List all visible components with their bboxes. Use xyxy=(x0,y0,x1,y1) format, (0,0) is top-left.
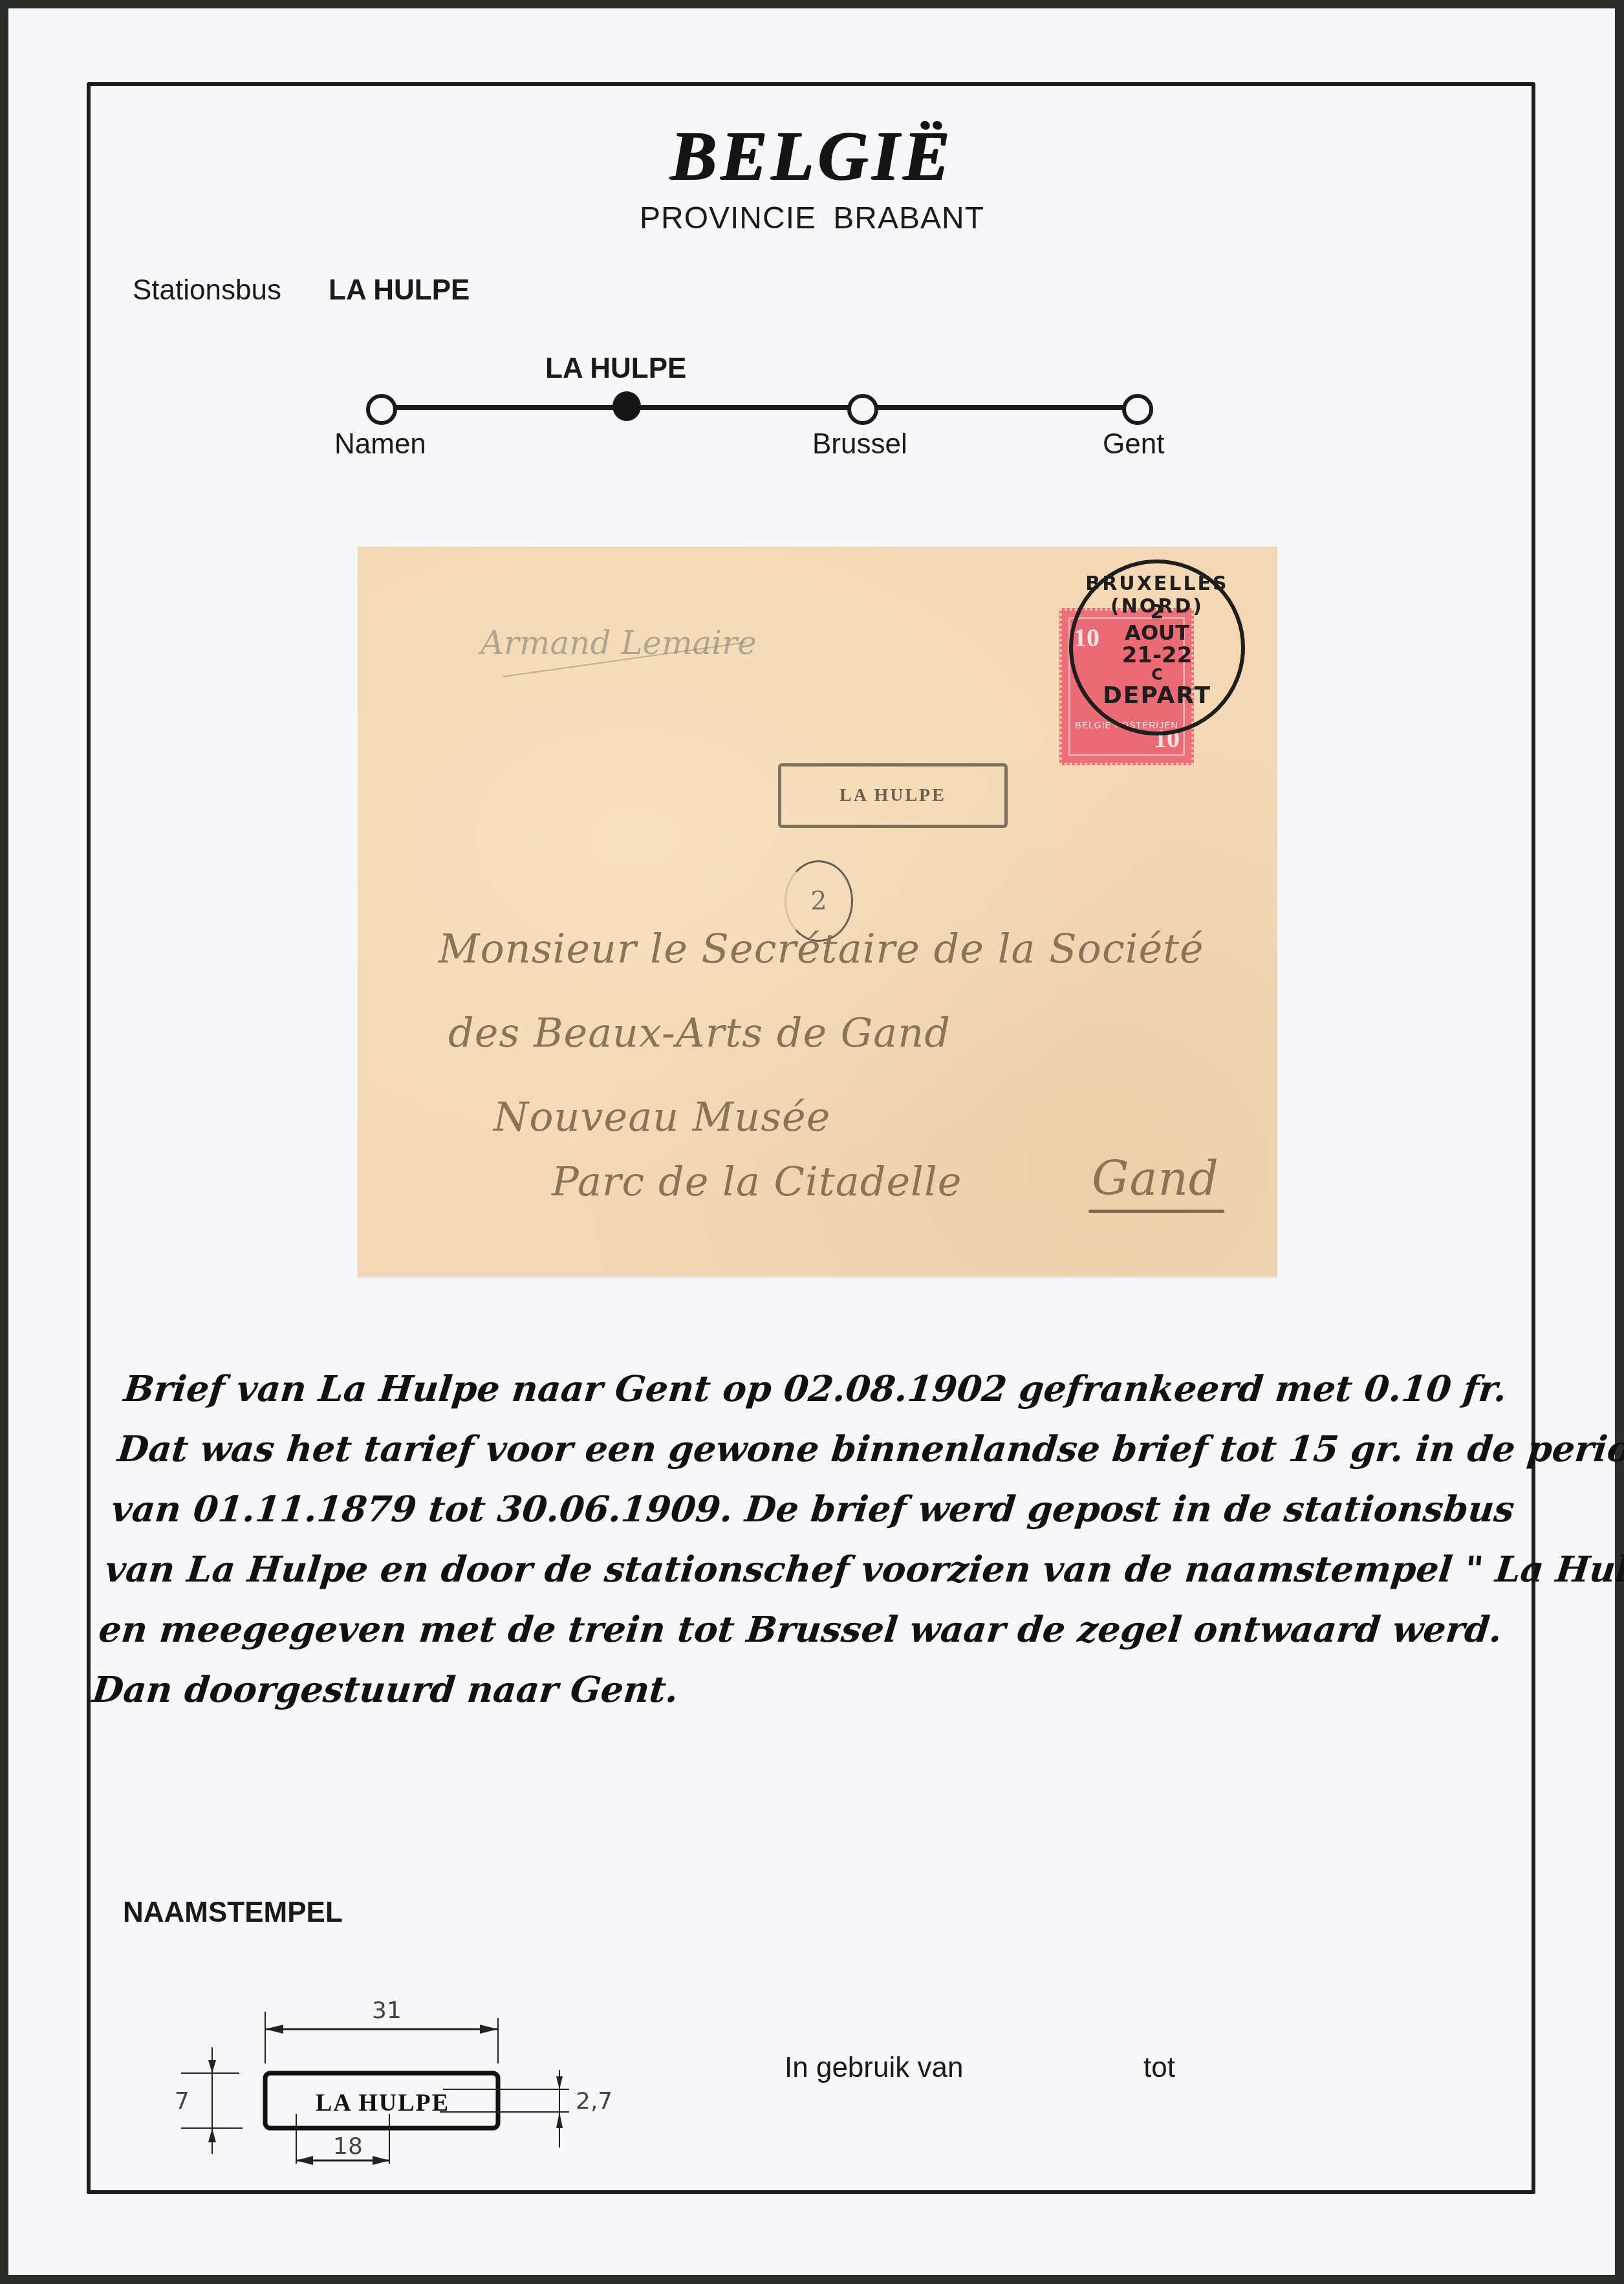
route-stop-label: Brussel xyxy=(812,428,907,461)
naamstempel-title: NAAMSTEMPEL xyxy=(123,1897,343,1929)
dim-text-height: 2,7 xyxy=(576,2088,612,2115)
description-line: van La Hulpe en door de stationschef voo… xyxy=(102,1539,1512,1599)
postmark-hour: 21-22 xyxy=(1073,642,1241,668)
station-label: Stationsbus xyxy=(133,274,281,307)
postmark-cancel: BRUXELLES (NORD) 2 AOUT 21-22 C DEPART xyxy=(1069,560,1245,735)
address-line: Monsieur le Secrétaire de la Société xyxy=(438,925,1204,972)
description-line: en meegegeven met de trein tot Brussel w… xyxy=(96,1599,1506,1659)
postmark-letter: C xyxy=(1073,666,1241,684)
dim-text-width: 18 xyxy=(333,2133,363,2160)
description-line: Brief van La Hulpe naar Gent op 02.08.19… xyxy=(121,1358,1531,1419)
page-subtitle: PROVINCIE BRABANT xyxy=(0,201,1624,236)
description-line: Dat was het tarief voor een gewone binne… xyxy=(114,1419,1524,1479)
description-text: Brief van La Hulpe naar Gent op 02.08.19… xyxy=(89,1358,1531,1719)
dim-height: 7 xyxy=(175,2088,189,2115)
diagram-stamp-text: LA HULPE xyxy=(316,2089,449,2116)
address-line: Nouveau Musée xyxy=(493,1093,830,1140)
address-city: Gand xyxy=(1092,1151,1219,1206)
name-stamp-impression: LA HULPE xyxy=(778,763,1008,828)
dimension-drawing: 31 LA HULPE 7 2,7 18 xyxy=(181,1999,634,2167)
description-line: Dan doorgestuurd naar Gent. xyxy=(89,1659,1499,1719)
route-current-label: LA HULPE xyxy=(545,353,686,385)
usage-to-label: tot xyxy=(1143,2052,1175,2084)
route-stop-label: Namen xyxy=(334,428,426,461)
station-name: LA HULPE xyxy=(329,274,470,307)
route-line xyxy=(380,405,1136,410)
dim-width: 31 xyxy=(372,1997,402,2024)
postmark-month: AOUT xyxy=(1073,620,1241,645)
route-node-gent xyxy=(1122,394,1153,425)
cover-envelope: Armand Lemaire 10 10 BELGIE POSTERIJEN B… xyxy=(358,547,1277,1276)
route-node-namen xyxy=(366,394,397,425)
pencil-note: Armand Lemaire xyxy=(481,624,757,662)
naamstempel-diagram: 31 LA HULPE 7 2,7 18 xyxy=(181,1999,634,2167)
city-underline xyxy=(1088,1210,1224,1213)
address-line: Parc de la Citadelle xyxy=(552,1158,962,1205)
address-line: des Beaux-Arts de Gand xyxy=(448,1009,951,1056)
page-title: BELGIË xyxy=(0,116,1624,197)
description-line: van 01.11.1879 tot 30.06.1909. De brief … xyxy=(109,1479,1519,1539)
route-node-brussel xyxy=(847,394,878,425)
usage-from-label: In gebruik van xyxy=(785,2052,963,2084)
route-stop-label: Gent xyxy=(1103,428,1164,461)
route-node-la-hulpe xyxy=(612,391,641,421)
postmark-depart: DEPART xyxy=(1073,682,1241,709)
